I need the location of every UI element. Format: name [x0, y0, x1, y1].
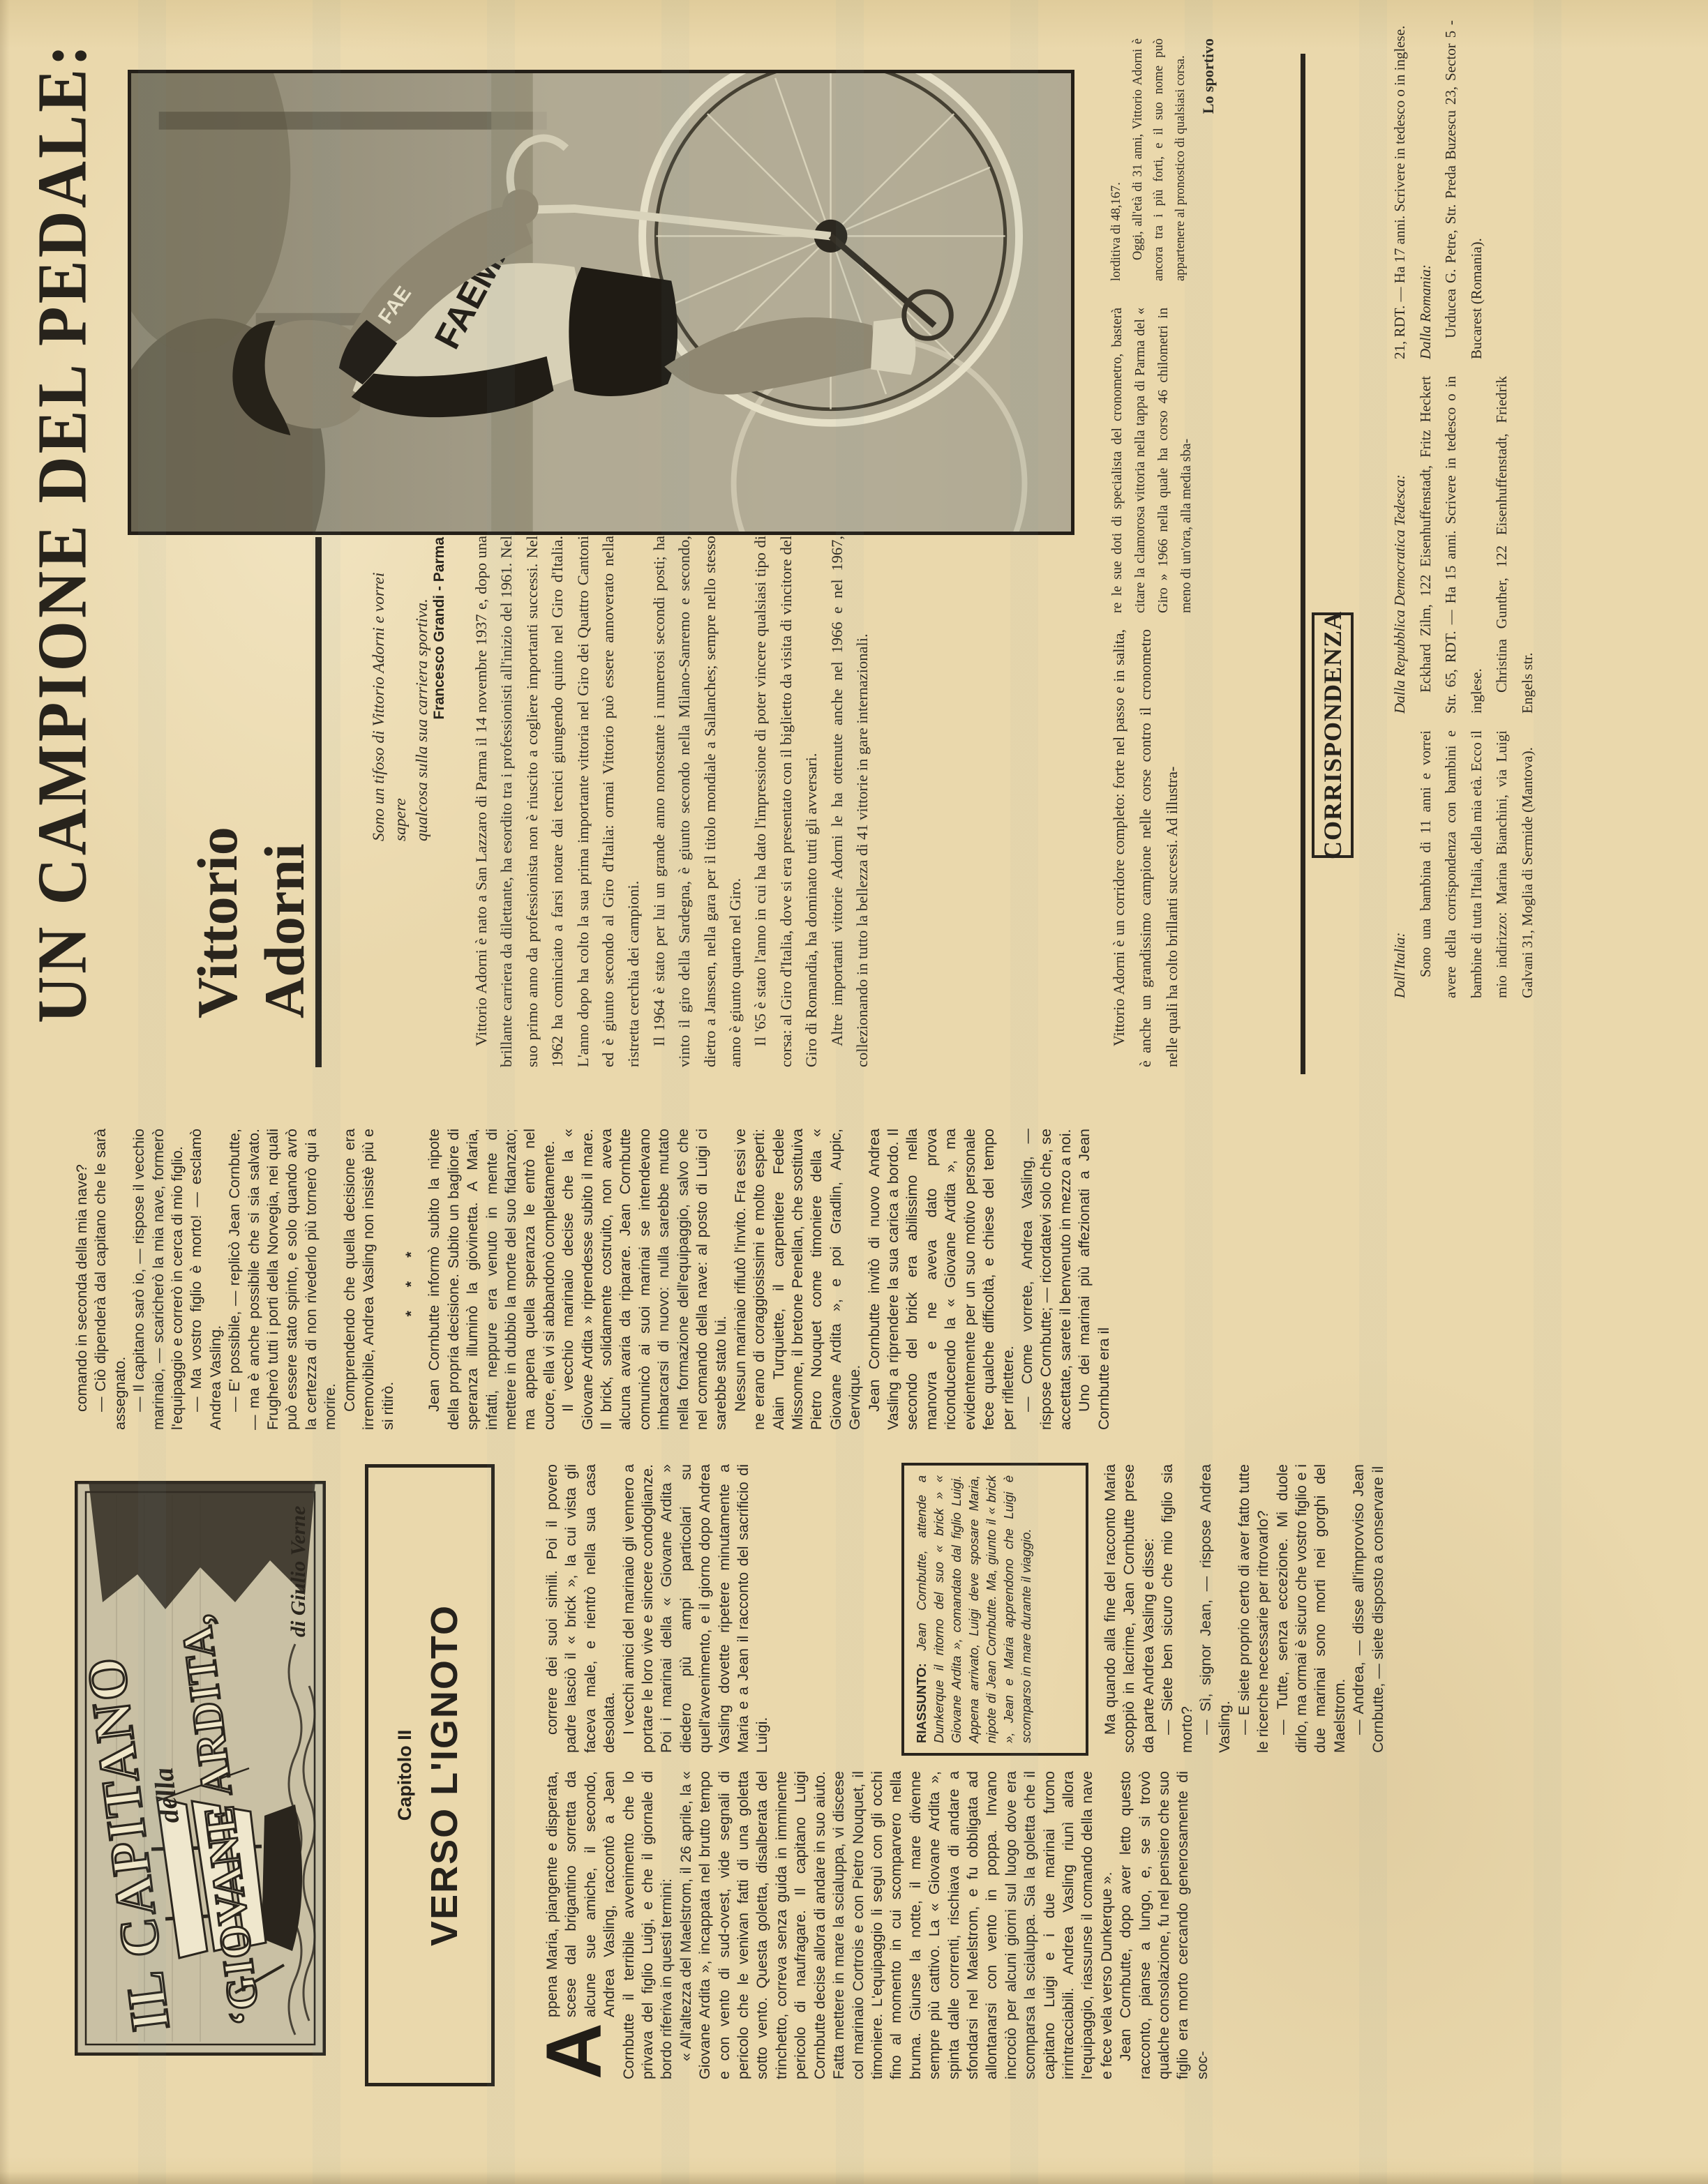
- correspondence-subhead: Dalla Romania:: [1413, 20, 1439, 359]
- paragraph: Jean Cornbutte, dopo aver letto questo r…: [1116, 1771, 1212, 2079]
- paragraph: 21, RDT. — Ha 17 anni. Scrivere in tedes…: [1387, 20, 1413, 359]
- reader-letter-intro: Sono un tifoso di Vittorio Adorni e vorr…: [368, 534, 433, 841]
- paragraph: Urducea G. Petre, Str. Preda Buzescu 23,…: [1438, 20, 1489, 359]
- paragraph: Il 1964 è stato per lui un grande anno n…: [647, 536, 749, 1067]
- riassunto-text: Jean Cornbutte, attende a Dunkerque il r…: [914, 1475, 1033, 1743]
- riassunto-label: RIASSUNTO:: [914, 1651, 929, 1743]
- article-name-line1: Vittorio: [184, 530, 251, 1018]
- article-body-col2: re le sue doti di specialista del cronom…: [1106, 308, 1198, 613]
- paragraph: comando in seconda della mia nave?: [73, 1129, 91, 1430]
- chapter-kicker: Capitolo II: [394, 1730, 416, 1821]
- paragraph: « All'altezza del Maelstrom, il 26 april…: [677, 1771, 1116, 2079]
- story-col3-top-paragraphs: comando in seconda della mia nave?— Ciò …: [73, 1129, 398, 1430]
- intro-line: Sono un tifoso di Vittorio Adorni e vorr…: [368, 534, 412, 841]
- paragraph: — Sì, signor Jean, — rispose Andrea Vasl…: [1197, 1464, 1235, 1753]
- paragraph: Jean Cornbutte informò subito la nipote …: [425, 1129, 559, 1430]
- cyclist-photo-art: FAEMA FAE: [131, 73, 1071, 532]
- story-col1: Appena Maria, piangente e disperata, sce…: [543, 1771, 1708, 2079]
- intro-line: qualcosa sulla sua carriera sportiva.: [412, 534, 433, 841]
- dropcap-letter: A: [543, 2017, 603, 2079]
- story-col2-top: correre dei suoi simili. Poi il povero p…: [543, 1464, 892, 1753]
- paragraph: I vecchi amici del marinaio gli vennero …: [620, 1464, 772, 1753]
- article-signature: Lo sportivo: [1198, 38, 1220, 281]
- article-name-heading: Vittorio Adorni: [184, 530, 318, 1018]
- correspondence-title: CORRISPONDENZA: [1312, 612, 1354, 858]
- correspondence-col1: Dall'Italia: Sono una bambina di 11 anni…: [1387, 730, 1540, 998]
- paragraph: correre dei suoi simili. Poi il povero p…: [543, 1464, 620, 1753]
- paragraph: Altre importanti vittorie Adorni le ha o…: [825, 536, 876, 1067]
- paragraph: — Siete ben sicuro che mio figlio sia mo…: [1158, 1464, 1197, 1753]
- paragraph: Il '65 è stato l'anno in cui ha dato l'i…: [748, 536, 824, 1067]
- section-break-stars: * * *: [398, 1129, 425, 1430]
- paragraph: Nessun marinaio rifiutò l'invito. Fra es…: [731, 1129, 865, 1430]
- masthead-author: di Giulio Verne: [287, 1506, 310, 1637]
- scanned-magazine-page: UN CAMPIONE DEL PEDALE: Vittorio Adorni …: [0, 0, 1708, 2184]
- paragraph: Ma quando alla fine del racconto Maria s…: [1101, 1464, 1158, 1753]
- paragraph: — Ciò dipenderà dal capitano che le sarà…: [91, 1129, 130, 1430]
- correspondence-subhead: Dalla Repubblica Democratica Tedesca:: [1387, 376, 1413, 714]
- paragraph: — Andrea, — disse all'improvviso Jean Co…: [1349, 1464, 1388, 1753]
- story-masthead-box: IL CAPITANO della ‘GIOVANE ARDITA, di Gi…: [75, 1481, 326, 2056]
- chapter-heading-box: Capitolo II VERSO L'IGNOTO: [365, 1464, 495, 2086]
- article-name-line2: Adorni: [251, 530, 318, 1018]
- paragraph: Uno dei marinai più affezionati a Jean C…: [1075, 1129, 1114, 1430]
- paragraph-with-dropcap: Appena Maria, piangente e disperata, sce…: [543, 1771, 677, 2079]
- paragraph: re le sue doti di specialista del cronom…: [1106, 308, 1198, 613]
- paragraph: Jean Cornbutte invitò di nuovo Andrea Va…: [865, 1129, 1018, 1430]
- chapter-title: VERSO L'IGNOTO: [423, 1604, 466, 1946]
- story-col1-paragraphs: « All'altezza del Maelstrom, il 26 april…: [677, 1771, 1212, 2079]
- paragraph: Vittorio Adorni è nato a San Lazzaro di …: [469, 536, 647, 1067]
- paragraph: Il vecchio marinaio decise che la « Giov…: [559, 1129, 731, 1430]
- correspondence-col2: Dalla Repubblica Democratica Tedesca: Ec…: [1387, 376, 1540, 714]
- article-body-col3: lorditiva di 48,167. Oggi, all'età di 31…: [1106, 38, 1220, 281]
- paragraph: Eckhard Zilm, 122 Eisenhuffenstadt, Frit…: [1413, 376, 1490, 714]
- correspondence-subhead: Dall'Italia:: [1387, 730, 1413, 998]
- story-col2-bottom: Ma quando alla fine del racconto Maria s…: [1101, 1464, 1708, 1753]
- story-masthead-art: IL CAPITANO della ‘GIOVANE ARDITA, di Gi…: [75, 1481, 326, 2056]
- paragraph: Vittorio Adorni è un corridore completo:…: [1106, 629, 1185, 1067]
- correspondence-col3: 21, RDT. — Ha 17 anni. Scrivere in tedes…: [1387, 20, 1489, 359]
- paragraph: Oggi, all'età di 31 anni, Vittorio Adorn…: [1128, 38, 1192, 281]
- article-body-opening: Vittorio Adorni è nato a San Lazzaro di …: [469, 536, 1087, 1067]
- paragraph: — Il capitano sarò io, — rispose il vecc…: [130, 1129, 187, 1430]
- paragraph: lorditiva di 48,167.: [1106, 38, 1128, 281]
- page-title: UN CAMPIONE DEL PEDALE:: [25, 0, 100, 1023]
- paragraph: Comprendendo che quella decisione era ir…: [340, 1129, 398, 1430]
- article-body-col1: Vittorio Adorni è un corridore completo:…: [1106, 629, 1185, 1067]
- paragraph: Sono una bambina di 11 anni e vorrei ave…: [1413, 730, 1541, 998]
- riassunto-box: RIASSUNTO: Jean Cornbutte, attende a Dun…: [901, 1463, 1088, 1756]
- paragraph: — E siete proprio certo di aver fatto tu…: [1235, 1464, 1273, 1753]
- paragraph: — E' possibile, — replicò Jean Cornbutte…: [225, 1129, 340, 1430]
- paragraph: — Ma vostro figlio è morto! — esclamò An…: [187, 1129, 225, 1430]
- story-col3-bottom-paragraphs: Jean Cornbutte informò subito la nipote …: [425, 1129, 1114, 1430]
- page-rotated-content: UN CAMPIONE DEL PEDALE: Vittorio Adorni …: [0, 0, 1708, 2184]
- paragraph: — Tutte, senza eccezione. Mi duole dirlo…: [1273, 1464, 1350, 1753]
- divider-rule: [315, 537, 322, 1067]
- story-col3: comando in seconda della mia nave?— Ciò …: [73, 1129, 1707, 1430]
- section-divider-rule: [1301, 54, 1305, 1074]
- cyclist-photo: FAEMA FAE: [128, 70, 1074, 535]
- byline: Francesco Grandi - Parma: [431, 537, 448, 858]
- paragraph: Christina Gunther, 122 Eisenhuffenstadt,…: [1489, 376, 1540, 714]
- paragraph: — Come vorrete, Andrea Vasling, — rispos…: [1018, 1129, 1075, 1430]
